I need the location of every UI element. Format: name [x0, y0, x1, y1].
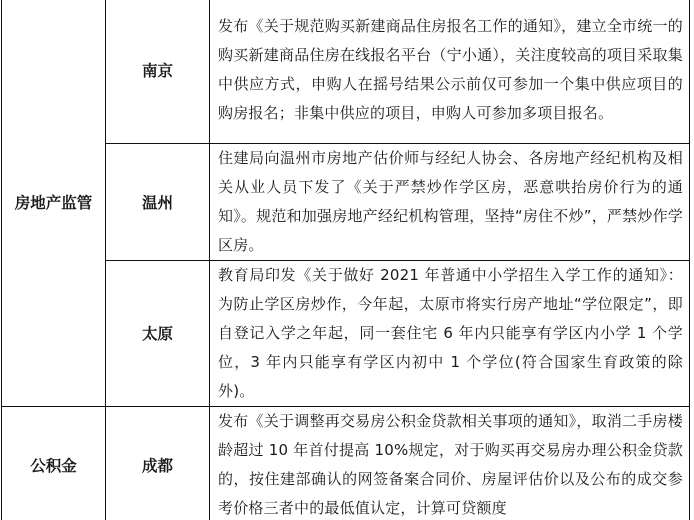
policy-table: 房地产监管 南京 发布《关于规范购买新建商品住房报名工作的通知》，建立全市统一的…	[1, 0, 690, 520]
city-cell-nanjing: 南京	[106, 0, 210, 143]
table-row-chengdu: 公积金 成都 发布《关于调整再交易房公积金贷款相关事项的通知》，取消二手房楼龄超…	[2, 406, 690, 520]
city-cell-wenzhou: 温州	[106, 143, 210, 260]
table-row-taiyuan: 太原 教育局印发《关于做好 2021 年普通中小学招生入学工作的通知》：为防止学…	[2, 260, 690, 406]
city-cell-chengdu: 成都	[106, 406, 210, 520]
table-row-wenzhou: 温州 住建局向温州市房地产估价师与经纪人协会、各房地产经纪机构及相关从业人员下发…	[2, 143, 690, 260]
description-cell-taiyuan: 教育局印发《关于做好 2021 年普通中小学招生入学工作的通知》：为防止学区房炒…	[210, 260, 690, 406]
table-row-nanjing: 房地产监管 南京 发布《关于规范购买新建商品住房报名工作的通知》，建立全市统一的…	[2, 0, 690, 143]
description-cell-chengdu: 发布《关于调整再交易房公积金贷款相关事项的通知》，取消二手房楼龄超过 10 年首…	[210, 406, 690, 520]
description-cell-nanjing: 发布《关于规范购买新建商品住房报名工作的通知》，建立全市统一的购买新建商品住房在…	[210, 0, 690, 143]
category-cell-real-estate-regulation: 房地产监管	[2, 0, 106, 406]
city-cell-taiyuan: 太原	[106, 260, 210, 406]
category-cell-housing-provident-fund: 公积金	[2, 406, 106, 520]
description-cell-wenzhou: 住建局向温州市房地产估价师与经纪人协会、各房地产经纪机构及相关从业人员下发了《关…	[210, 143, 690, 260]
